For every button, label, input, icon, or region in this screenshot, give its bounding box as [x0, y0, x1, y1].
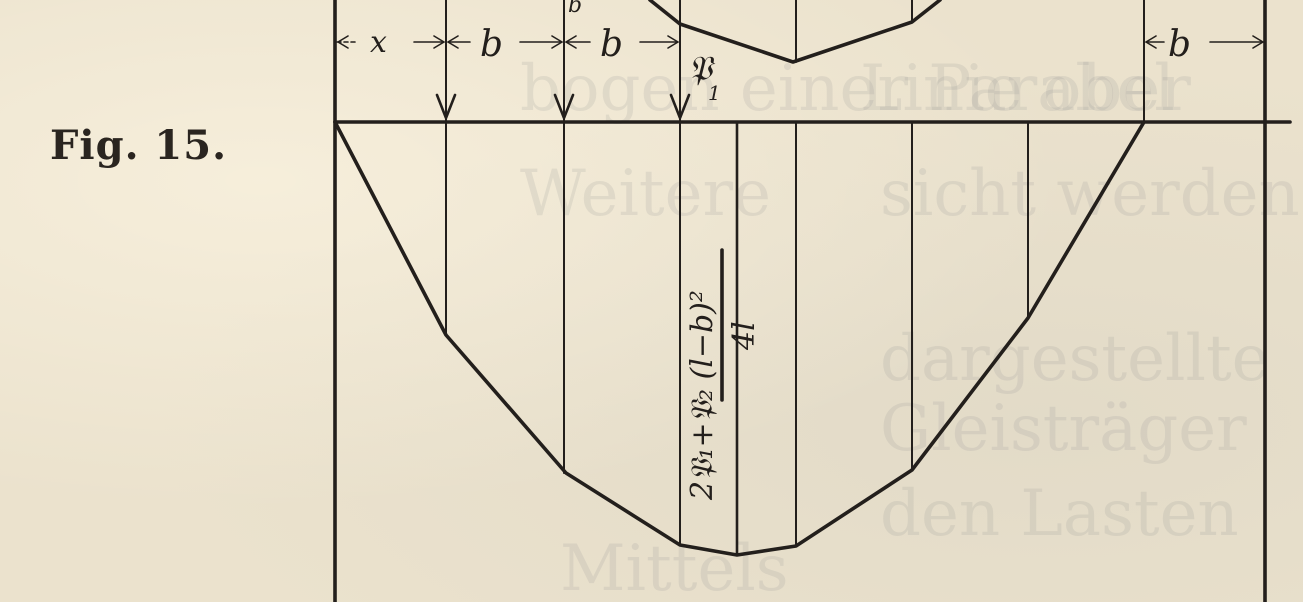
max-moment-formula: 2𝔓₁+𝔓₂ (l−b)² 4l: [685, 250, 762, 501]
svg-text:2𝔓₁+𝔓₂ (l−b)²: 2𝔓₁+𝔓₂ (l−b)²: [685, 290, 720, 501]
svg-text:4l: 4l: [727, 321, 762, 351]
top-partial-label: b: [568, 0, 582, 18]
svg-text:b: b: [600, 24, 623, 65]
svg-text:1: 1: [708, 81, 721, 105]
svg-text:Gleisträger: Gleisträger: [880, 392, 1247, 466]
svg-text:b: b: [480, 24, 503, 65]
dimension-x: x: [337, 25, 444, 60]
svg-text:sicht werden: sicht werden: [880, 157, 1300, 231]
svg-text:x: x: [370, 25, 387, 60]
beam-diagram: Linie ober sicht werden dargestellte Gle…: [0, 0, 1303, 602]
svg-text:Weitere: Weitere: [520, 157, 771, 231]
svg-text:den Lasten: den Lasten: [880, 477, 1239, 551]
svg-text:b: b: [1168, 24, 1191, 65]
svg-text:dargestellte: dargestellte: [880, 322, 1270, 396]
